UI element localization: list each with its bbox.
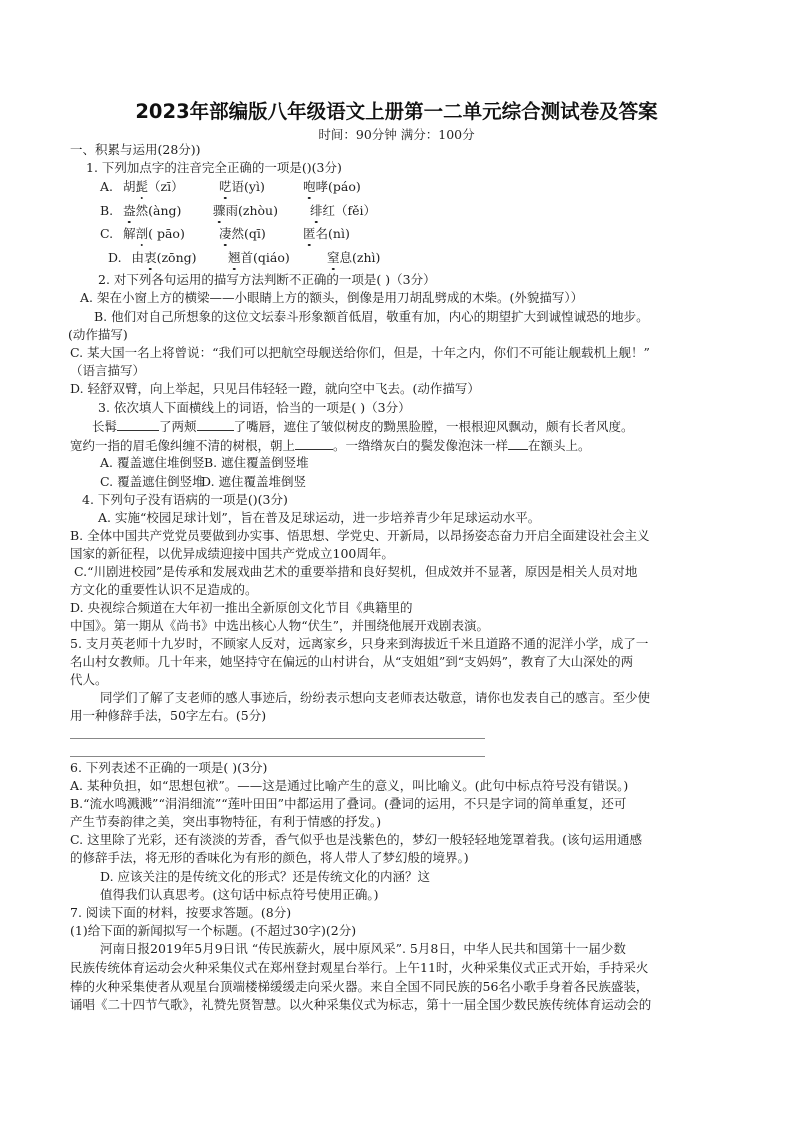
news-paragraph-line3: 棒的火种采集使者从观星台顶端楼梯缓缓走向采火器。来自全国不同民族的56名小歌手身…	[70, 979, 648, 995]
pinyin: 雨(zhòu)	[226, 203, 278, 218]
pinyin: 红（fěi）	[323, 203, 377, 218]
q1-option-d: D. 由衷(zōng)	[108, 250, 197, 266]
q6-option-d-cont: 值得我们认真思考。(这句话中标点符号使用正确。)	[100, 887, 379, 903]
q1-option-d-item2: 翘首(qiáo)	[228, 250, 290, 266]
pinyin: 哮(páo)	[316, 179, 361, 194]
dotted-char: 髭	[136, 179, 149, 195]
document-title: 2023年部编版八年级语文上册第一二单元综合测试卷及答案	[0, 96, 793, 124]
fill-blank[interactable]	[197, 418, 234, 431]
text: 长髯	[92, 419, 117, 434]
dotted-char: 绯	[310, 203, 323, 219]
q1-option-b-item2: 骤雨(zhòu)	[213, 203, 278, 219]
q3-option-d: D. 遮住覆盖堆倒竖	[201, 474, 306, 490]
pinyin: （zī）	[148, 179, 184, 194]
q1-option-b-item3: 绯红（fěi）	[310, 203, 376, 219]
pinyin: 语(yì)	[232, 179, 265, 194]
q6-option-b: B.“流水鸣溅溅”“涓涓细流”“莲叶田田”中都运用了叠词。(叠词的运用，不只是字…	[70, 796, 626, 812]
option-label: B.	[100, 203, 113, 218]
question-2-stem: 2. 对下列各句运用的描写方法判断不正确的一项是( )（3分）	[98, 272, 436, 288]
dotted-char: 凄	[219, 226, 232, 242]
dotted-char: 骤	[213, 203, 226, 219]
exam-meta: 时间：90分钟 满分：100分	[0, 125, 793, 143]
question-7-stem: 7. 阅读下面的材料，按要求答题。(8分)	[70, 905, 291, 921]
q2-option-b-cont: (动作描写)	[68, 327, 128, 343]
q4-option-a: A. 实施“校园足球计划”，旨在普及足球运动，进一步培养青少年足球运动水平。	[98, 510, 540, 526]
text: 了嘴唇，遮住了皱似树皮的黝黑脸膛，一根根迎风飘动，颇有长者风度。	[234, 419, 634, 434]
q4-option-c: C.“川剧进校园”是传承和发展戏曲艺术的重要举措和良好契机，但成效并不显著，原因…	[74, 564, 637, 580]
question-5-line3: 代人。	[70, 672, 108, 688]
answer-line[interactable]	[70, 738, 485, 739]
q3-option-c: C. 覆盖遮住倒竖堆	[100, 474, 205, 490]
pinyin: 息(zhì)	[340, 250, 381, 265]
section-heading: 一、积累与运用(28分))	[70, 142, 201, 158]
q1-option-a-item2: 呓语(yì)	[219, 179, 265, 195]
q4-option-b-cont: 国家的新征程，以优异成绩迎接中国共产党成立100周年。	[70, 546, 394, 562]
text: 胡	[123, 179, 136, 194]
q3-passage-line1: 长髯了两颊了嘴唇，遮住了皱似树皮的黝黑脸膛，一根根迎风飘动，颇有长者风度。	[92, 418, 634, 435]
dotted-char: 呓	[219, 179, 232, 195]
text: 。一绺绺灰白的鬓发像泡沫一样	[333, 438, 508, 453]
q2-option-d: D. 轻舒双臂，向上举起，只见吕伟轻轻一蹬，就向空中飞去。(动作描写）	[70, 381, 480, 397]
exam-page: 2023年部编版八年级语文上册第一二单元综合测试卷及答案 时间：90分钟 满分：…	[0, 0, 793, 1122]
q2-option-c: C. 某大国一名上将曾说：“我们可以把航空母舰送给你们，但是，十年之内，你们不可…	[70, 345, 650, 361]
question-4-stem: 4. 下列句子没有语病的一项是()(3分)	[82, 492, 288, 508]
text: 解	[123, 226, 136, 241]
pinyin: 名(nì)	[316, 226, 350, 241]
q4-option-b: B. 全体中国共产党党员要做到办实事、悟思想、学党史、开新局，以昂扬姿态奋力开启…	[70, 528, 650, 544]
pinyin: 然(qī)	[232, 226, 266, 241]
q4-option-c-cont: 方文化的重要性认识不足造成的。	[70, 582, 258, 598]
dotted-char: 翘	[228, 250, 241, 266]
fill-blank[interactable]	[508, 437, 528, 450]
q1-option-b: B. 盎然(àng)	[100, 203, 181, 219]
q1-option-c: C. 解剖( pāo)	[100, 226, 185, 242]
q2-option-c-cont: （语言描写）	[70, 363, 145, 379]
text: 宽约一指的眉毛像纠缠不清的树根，朝上	[70, 438, 295, 453]
question-7-sub1: (1)给下面的新闻拟写一个标题。(不超过30字)(2分)	[70, 923, 356, 939]
dotted-char: 咆	[303, 179, 316, 195]
q4-option-d: D. 央视综合频道在大年初一推出全新原创文化节目《典籍里的	[70, 600, 413, 616]
option-label: C.	[100, 226, 113, 241]
q1-option-a-item3: 咆哮(páo)	[303, 179, 361, 195]
q1-option-c-item3: 匿名(nì)	[303, 226, 350, 242]
q6-option-c: C. 这里除了光彩，还有淡淡的芳香，香气似乎也是浅紫色的，梦幻一般轻轻地笼罩着我…	[70, 832, 642, 848]
q1-option-c-item2: 凄然(qī)	[219, 226, 266, 242]
q6-option-d: D. 应该关注的是传统文化的形式？还是传统文化的内涵？这	[100, 869, 430, 885]
text: 在额头上。	[528, 438, 591, 453]
pinyin: ( pāo)	[148, 226, 185, 241]
q2-option-b: B. 他们对自己所想象的这位文坛泰斗形象额首低眉，敬重有加，内心的期望扩大到诚惶…	[94, 309, 649, 325]
q3-passage-line2: 宽约一指的眉毛像纠缠不清的树根，朝上。一绺绺灰白的鬓发像泡沫一样在额头上。	[70, 437, 591, 454]
q1-option-a: A. 胡髭（zī）	[100, 179, 184, 195]
news-paragraph-line4: 诵唱《二十四节气歌》，礼赞先贤智慧。以火种采集仪式为标志，第十一届全国少数民族传…	[70, 997, 651, 1013]
question-5-line2: 名山村女教师。几十年来，她坚持守在偏远的山村讲台，从“支姐姐”到“支妈妈”，教育…	[70, 654, 633, 670]
q1-option-d-item3: 窒息(zhì)	[327, 250, 380, 266]
option-label: D.	[108, 250, 122, 265]
question-5-line1: 5. 支月英老师十九岁时，不顾家人反对，远离家乡，只身来到海拔近千米且道路不通的…	[70, 636, 648, 652]
question-6-stem: 6. 下列表述不正确的一项是( )(3分)	[70, 760, 267, 776]
pinyin: (zōng)	[157, 250, 197, 265]
q3-option-a: A. 覆盖遮住堆倒竖	[100, 455, 204, 471]
option-label: A.	[100, 179, 113, 194]
answer-line[interactable]	[70, 756, 485, 757]
pinyin: 首(qiáo)	[241, 250, 290, 265]
question-3-stem: 3. 依次填人下面横线上的词语，恰当的一项是( )（3分）	[98, 400, 411, 416]
q3-option-b: B. 遮住覆盖倒竖堆	[204, 455, 309, 471]
dotted-char: 剖	[136, 226, 149, 242]
text: 由	[132, 250, 145, 265]
text: 了两颊	[159, 419, 197, 434]
q6-option-c-cont: 的修辞手法，将无形的香味化为有形的颜色，将人带人了梦幻般的境界。)	[70, 850, 469, 866]
question-5-prompt: 同学们了解了支老师的感人事迹后，纷纷表示想向支老师表达敬意，请你也发表自己的感言…	[100, 690, 650, 706]
q4-option-d-cont: 中国》。第一期从《尚书》中选出核心人物“伏生”，并围绕他展开戏剧表演。	[70, 618, 489, 634]
q6-option-b-cont: 产生节奏韵律之美，突出事物特征，有利于情感的抒发。)	[70, 814, 381, 830]
news-paragraph-line1: 河南日报2019年5月9日讯 “传民族薪火，展中原风采”. 5月8日，中华人民共…	[100, 941, 626, 957]
fill-blank[interactable]	[117, 418, 159, 431]
q2-option-a: A. 架在小窗上方的横梁——小眼睛上方的额头，倒像是用刀胡乱劈成的木柴。(外貌描…	[80, 290, 583, 306]
dotted-char: 匿	[303, 226, 316, 242]
dotted-char: 衷	[144, 250, 157, 266]
dotted-char: 窒	[327, 250, 340, 266]
pinyin: 然(àng)	[136, 203, 182, 218]
fill-blank[interactable]	[295, 437, 333, 450]
dotted-char: 盎	[123, 203, 136, 219]
question-1-stem: 1. 下列加点字的注音完全正确的一项是()(3分)	[86, 160, 342, 176]
q6-option-a: A. 某种负担，如“思想包袱”。——这是通过比喻产生的意义，叫比喻义。(此句中标…	[70, 778, 628, 794]
question-5-prompt-cont: 用一种修辞手法，50字左右。(5分)	[70, 708, 266, 724]
news-paragraph-line2: 民族传统体育运动会火种采集仪式在郑州登封观星台举行。上午11时，火种采集仪式正式…	[70, 960, 648, 976]
